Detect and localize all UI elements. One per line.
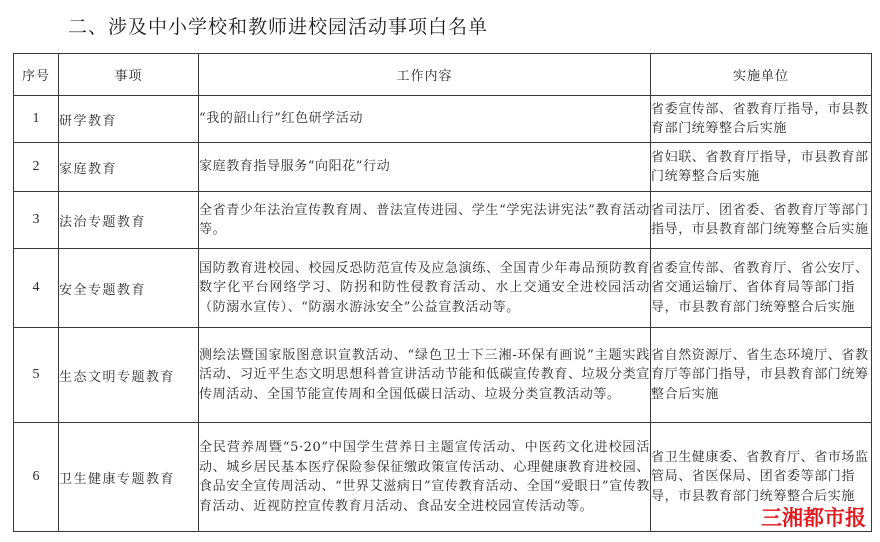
newspaper-watermark-logo: 三湘都市报 — [759, 506, 868, 530]
table-header-row: 序号 事项 工作内容 实施单位 — [14, 54, 872, 96]
header-unit: 实施单位 — [651, 54, 872, 96]
row-unit: 省委宣传部、省教育厅指导，市县教育部门统筹整合后实施 — [651, 96, 872, 143]
row-unit: 省妇联、省教育厅指导，市县教育部门统筹整合后实施 — [651, 143, 872, 192]
row-content: 家庭教育指导服务“向阳花”行动 — [199, 143, 651, 192]
header-item: 事项 — [59, 54, 199, 96]
row-number: 4 — [14, 249, 59, 328]
table-row: 3 法治专题教育 全省青少年法治宣传教育周、普法宣传进园、学生“学宪法讲宪法”教… — [14, 192, 872, 249]
row-number: 6 — [14, 423, 59, 532]
row-item: 研学教育 — [59, 96, 199, 143]
row-item: 家庭教育 — [59, 143, 199, 192]
row-number: 3 — [14, 192, 59, 249]
row-unit: 省自然资源厅、省生态环境厅、省教育厅等部门指导，市县教育部门统筹整合后实施 — [651, 328, 872, 423]
row-item: 生态文明专题教育 — [59, 328, 199, 423]
header-content: 工作内容 — [199, 54, 651, 96]
row-item: 法治专题教育 — [59, 192, 199, 249]
header-no: 序号 — [14, 54, 59, 96]
row-content: 测绘法暨国家版图意识宣教活动、“绿色卫士下三湘-环保有画说”主题实践活动、习近平… — [199, 328, 651, 423]
table-row: 2 家庭教育 家庭教育指导服务“向阳花”行动 省妇联、省教育厅指导，市县教育部门… — [14, 143, 872, 192]
row-item: 安全专题教育 — [59, 249, 199, 328]
row-content: 全省青少年法治宣传教育周、普法宣传进园、学生“学宪法讲宪法”教育活动等。 — [199, 192, 651, 249]
table-row: 4 安全专题教育 国防教育进校园、校园反恐防范宣传及应急演练、全国青少年毒品预防… — [14, 249, 872, 328]
row-content: 国防教育进校园、校园反恐防范宣传及应急演练、全国青少年毒品预防教育数字化平台网络… — [199, 249, 651, 328]
row-unit: 省司法厅、团省委、省教育厅等部门指导，市县教育部门统筹整合后实施 — [651, 192, 872, 249]
page-title: 二、涉及中小学校和教师进校园活动事项白名单 — [68, 12, 488, 39]
row-number: 2 — [14, 143, 59, 192]
table-row: 1 研学教育 “我的韶山行”红色研学活动 省委宣传部、省教育厅指导，市县教育部门… — [14, 96, 872, 143]
row-content: “我的韶山行”红色研学活动 — [199, 96, 651, 143]
whitelist-table: 序号 事项 工作内容 实施单位 1 研学教育 “我的韶山行”红色研学活动 省委宣… — [13, 53, 872, 532]
table-row: 6 卫生健康专题教育 全民营养周暨“5·20”中国学生营养日主题宣传活动、中医药… — [14, 423, 872, 532]
row-content: 全民营养周暨“5·20”中国学生营养日主题宣传活动、中医药文化进校园活动、城乡居… — [199, 423, 651, 532]
row-number: 5 — [14, 328, 59, 423]
row-number: 1 — [14, 96, 59, 143]
table-row: 5 生态文明专题教育 测绘法暨国家版图意识宣教活动、“绿色卫士下三湘-环保有画说… — [14, 328, 872, 423]
row-unit: 省委宣传部、省教育厅、省公安厅、省交通运输厅、省体育局等部门指导，市县教育部门统… — [651, 249, 872, 328]
row-item: 卫生健康专题教育 — [59, 423, 199, 532]
